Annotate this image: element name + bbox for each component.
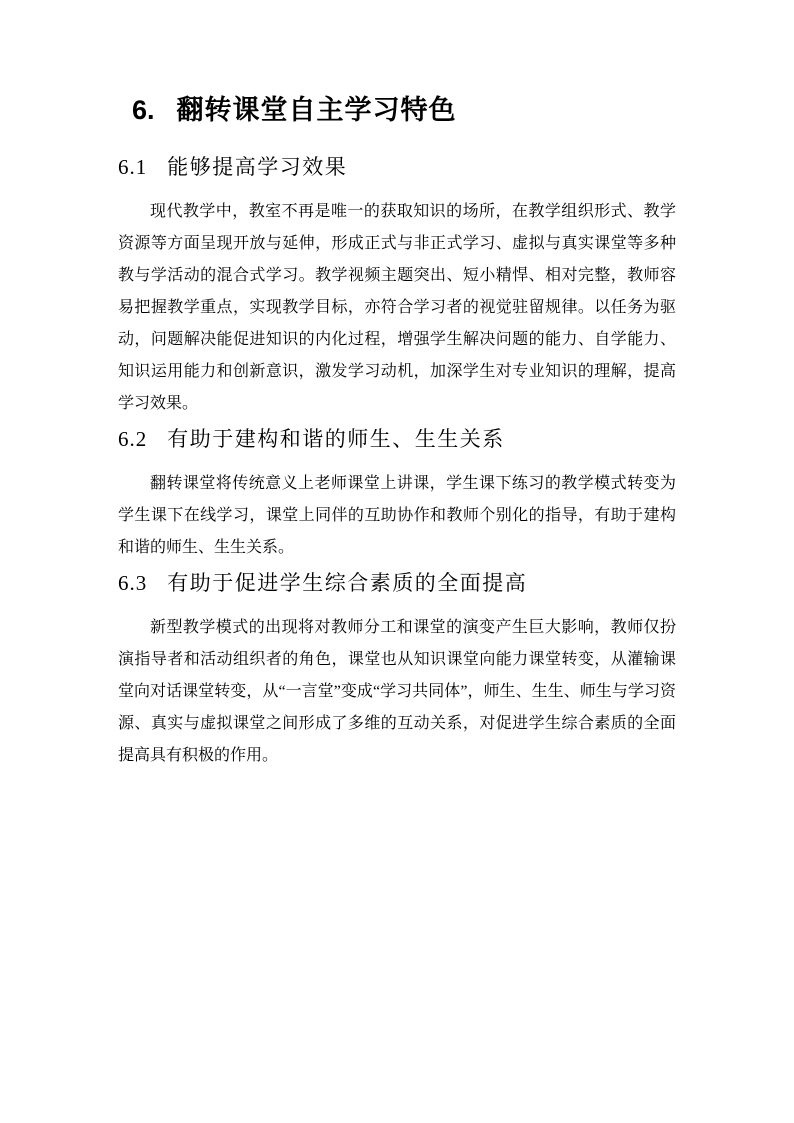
section-6-1: 6.1能够提高学习效果 现代教学中，教室不再是唯一的获取知识的场所，在教学组织形… xyxy=(118,152,676,420)
section-number: 6.1 xyxy=(118,152,147,182)
document-page: 6.翻转课堂自主学习特色 6.1能够提高学习效果 现代教学中，教室不再是唯一的获… xyxy=(0,0,794,1123)
section-heading-6-2: 6.2有助于建构和谐的师生、生生关系 xyxy=(118,424,676,454)
chapter-heading: 6.翻转课堂自主学习特色 xyxy=(132,90,676,130)
section-paragraph: 翻转课堂将传统意义上老师课堂上讲课，学生课下练习的教学模式转变为学生课下在线学习… xyxy=(118,468,676,564)
section-title: 有助于促进学生综合素质的全面提高 xyxy=(167,571,527,595)
section-heading-6-3: 6.3有助于促进学生综合素质的全面提高 xyxy=(118,568,676,598)
section-title: 能够提高学习效果 xyxy=(167,155,347,179)
section-paragraph: 新型教学模式的出现将对教师分工和课堂的演变产生巨大影响，教师仅扮演指导者和活动组… xyxy=(118,612,676,772)
section-number: 6.2 xyxy=(118,424,147,454)
section-6-3: 6.3有助于促进学生综合素质的全面提高 新型教学模式的出现将对教师分工和课堂的演… xyxy=(118,568,676,772)
chapter-number: 6. xyxy=(132,90,155,130)
section-heading-6-1: 6.1能够提高学习效果 xyxy=(118,152,676,182)
section-title: 有助于建构和谐的师生、生生关系 xyxy=(167,427,505,451)
section-number: 6.3 xyxy=(118,568,147,598)
section-6-2: 6.2有助于建构和谐的师生、生生关系 翻转课堂将传统意义上老师课堂上讲课，学生课… xyxy=(118,424,676,564)
section-paragraph: 现代教学中，教室不再是唯一的获取知识的场所，在教学组织形式、教学资源等方面呈现开… xyxy=(118,196,676,420)
chapter-title: 翻转课堂自主学习特色 xyxy=(177,95,457,125)
